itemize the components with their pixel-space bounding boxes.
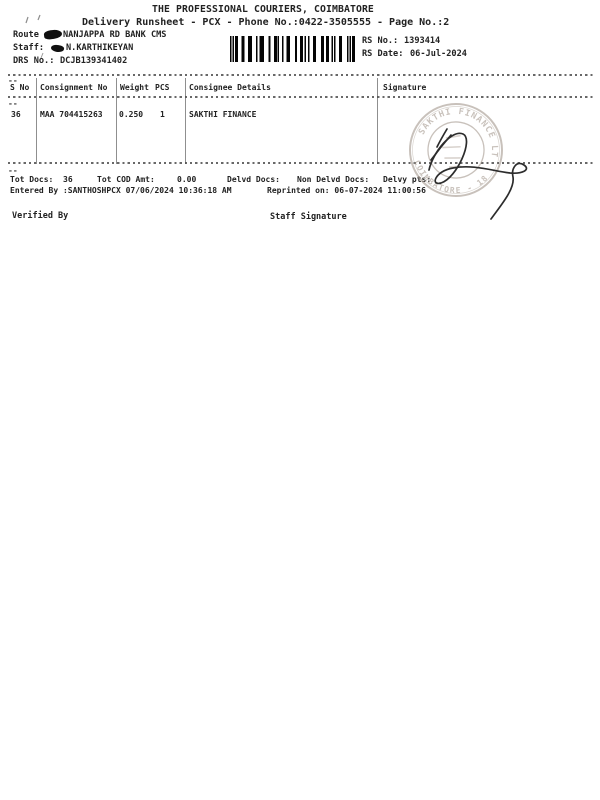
rs-no-value: 1393414 xyxy=(404,37,440,46)
non-delvd-docs-label: Non Delvd Docs: xyxy=(297,176,369,185)
cell-sno: 36 xyxy=(11,111,21,120)
handwritten-signature xyxy=(408,112,543,227)
tot-cod-label: Tot COD Amt: xyxy=(97,176,155,185)
drs-no-value: DCJB139341402 xyxy=(60,57,127,66)
rs-date-value: 06-Jul-2024 xyxy=(410,50,467,59)
cell-consignee: SAKTHI FINANCE xyxy=(189,111,256,120)
cell-pcs: 1 xyxy=(160,111,165,120)
staff-redaction-mark xyxy=(50,44,64,54)
route-value: NANJAPPA RD BANK CMS xyxy=(63,31,166,40)
rs-date-label: RS Date: xyxy=(362,50,403,59)
entered-by-line: Entered By :SANTHOSHPCX 07/06/2024 10:36… xyxy=(10,187,232,196)
tot-docs-label: Tot Docs: xyxy=(10,176,53,185)
tot-docs-value: 36 xyxy=(63,176,73,185)
delivery-runsheet-document: THE PROFESSIONAL COURIERS, COIMBATORE De… xyxy=(0,0,600,800)
route-label: Route xyxy=(13,31,39,40)
col-header-pcs: PCS xyxy=(155,84,169,93)
document-title: THE PROFESSIONAL COURIERS, COIMBATORE xyxy=(152,5,374,16)
rs-no-label: RS No.: xyxy=(362,37,398,46)
pen-tick xyxy=(38,51,48,59)
col-header-signature: Signature xyxy=(383,84,426,93)
table-grid-line xyxy=(377,78,378,164)
drs-no-label: DRS No.: xyxy=(13,57,54,66)
cell-consignment: MAA 704415263 xyxy=(40,111,103,120)
table-grid-line xyxy=(185,78,186,164)
document-subtitle: Delivery Runsheet - PCX - Phone No.:0422… xyxy=(82,17,449,28)
section-dash: -- xyxy=(8,100,18,109)
col-header-consignment: Consignment No xyxy=(40,84,107,93)
delvd-docs-label: Delvd Docs: xyxy=(227,176,280,185)
verified-by-label: Verified By xyxy=(12,212,68,221)
col-header-sno: S No xyxy=(10,84,29,93)
col-header-weight: Weight xyxy=(120,84,149,93)
cell-weight: 0.250 xyxy=(119,111,143,120)
barcode xyxy=(230,36,356,62)
table-grid-line xyxy=(116,78,117,164)
pen-marks xyxy=(20,12,50,26)
staff-signature-label: Staff Signature xyxy=(270,213,347,222)
col-header-consignee: Consignee Details xyxy=(189,84,271,93)
tot-cod-value: 0.00 xyxy=(177,176,196,185)
separator-line xyxy=(8,74,593,76)
table-grid-line xyxy=(36,78,37,164)
staff-value: N.KARTHIKEYAN xyxy=(66,44,133,53)
route-redaction-mark xyxy=(44,29,63,40)
